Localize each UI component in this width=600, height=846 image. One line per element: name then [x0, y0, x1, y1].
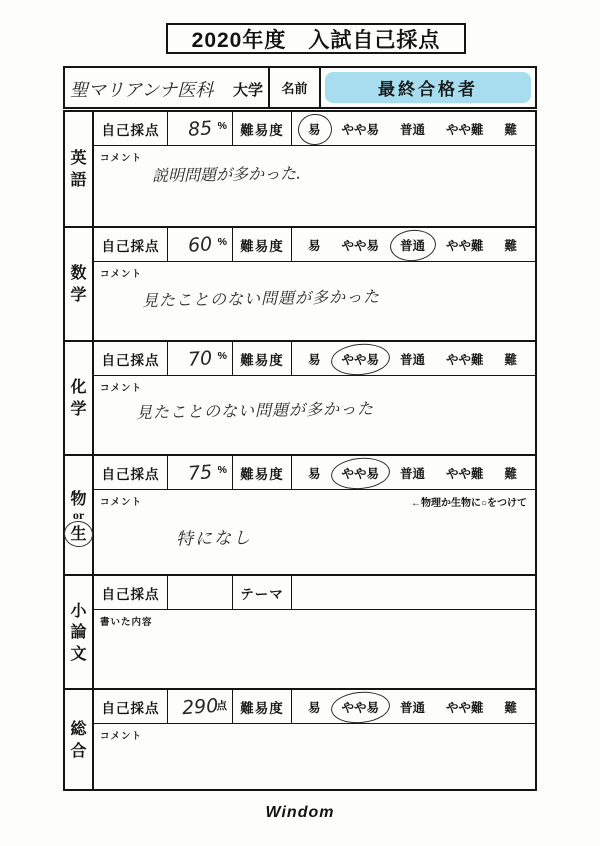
row-english: 英語 自己採点 85 % 難易度 易 やや易 普通 やや難 難 コメント [65, 112, 535, 228]
difficulty-option: 易 [306, 119, 323, 139]
comment-label: コメント [100, 494, 142, 508]
comment-area-chemistry: コメント 見たことのない問題が多かった [94, 376, 535, 454]
comment-text-science: 特になし [176, 523, 252, 549]
university-field: 聖マリアンナ医科 大学 [65, 68, 270, 107]
result-badge: 最終合格者 [325, 72, 531, 103]
score-value-math: 60 [187, 233, 213, 257]
row-total: 総合 自己採点 290 点 難易度 易 やや易 普通 やや難 難 コメント [65, 690, 535, 789]
row-math: 数学 自己採点 60 % 難易度 易 やや易 普通 やや難 難 コメント [65, 228, 535, 342]
difficulty-option: 易 [306, 697, 323, 717]
self-score-label: 自己採点 [94, 690, 168, 723]
subject-label-chemistry: 化学 [65, 342, 94, 454]
score-cell-total: 290 点 [168, 690, 233, 723]
comment-area-science: コメント ←物理か生物に○をつけて 特になし [94, 490, 535, 574]
difficulty-option: やや難 [444, 463, 486, 483]
difficulty-options-chemistry: 易 やや易 普通 やや難 難 [292, 342, 535, 375]
subject-label-science: 物 or 生 [65, 456, 94, 574]
difficulty-option: やや難 [444, 697, 486, 717]
subject-label-total: 総合 [65, 690, 94, 789]
difficulty-options-english: 易 やや易 普通 やや難 難 [292, 112, 535, 145]
score-cell-science: 75 % [168, 456, 233, 489]
difficulty-option: 普通 [398, 119, 427, 139]
score-unit: % [218, 120, 227, 132]
difficulty-option: やや難 [444, 235, 486, 255]
difficulty-label: 難易度 [233, 690, 292, 723]
score-value-english: 85 [187, 117, 213, 141]
written-content-label: 書いた内容 [100, 614, 153, 628]
score-unit: 点 [217, 698, 228, 713]
difficulty-option: やや易 [339, 463, 381, 483]
self-score-label: 自己採点 [94, 228, 168, 261]
difficulty-option: 難 [502, 463, 519, 483]
subject-label-essay: 小論文 [65, 576, 94, 688]
score-cell-essay [168, 576, 233, 609]
university-suffix-label: 大学 [233, 79, 263, 100]
comment-text-chemistry: 見たことのない問題が多かった [136, 396, 374, 423]
comment-label: コメント [100, 266, 142, 280]
difficulty-label: 難易度 [233, 456, 292, 489]
comment-area-total: コメント [94, 724, 535, 789]
difficulty-option: やや易 [339, 349, 381, 369]
score-unit: % [218, 464, 227, 476]
difficulty-label: 難易度 [233, 112, 292, 145]
bio-choice-note: ←物理か生物に○をつけて [411, 494, 527, 509]
score-cell-chemistry: 70 % [168, 342, 233, 375]
theme-label: テーマ [233, 576, 292, 609]
difficulty-option: 普通 [398, 463, 427, 483]
self-score-label: 自己採点 [94, 112, 168, 145]
subject-label-math: 数学 [65, 228, 94, 340]
score-value-chemistry: 70 [187, 347, 213, 371]
difficulty-option: やや難 [444, 349, 486, 369]
comment-text-math: 見たことのない問題が多かった [142, 284, 380, 311]
subject-label-english: 英語 [65, 112, 94, 226]
difficulty-option: 難 [502, 697, 519, 717]
row-chemistry: 化学 自己採点 70 % 難易度 易 やや易 普通 やや難 難 コメント [65, 342, 535, 456]
difficulty-label: 難易度 [233, 228, 292, 261]
comment-area-math: コメント 見たことのない問題が多かった [94, 262, 535, 340]
score-cell-math: 60 % [168, 228, 233, 261]
difficulty-option: 普通 [398, 697, 427, 717]
university-name-handwritten: 聖マリアンナ医科 [70, 76, 213, 102]
self-score-label: 自己採点 [94, 576, 168, 609]
difficulty-option: 難 [502, 349, 519, 369]
difficulty-option: 難 [502, 235, 519, 255]
self-score-label: 自己採点 [94, 342, 168, 375]
score-value-science: 75 [187, 461, 213, 485]
comment-area-english: コメント 説明問題が多かった. [94, 146, 535, 226]
row-essay: 小論文 自己採点 テーマ 書いた内容 [65, 576, 535, 690]
comment-text-english: 説明問題が多かった. [152, 161, 301, 187]
score-unit: % [218, 236, 227, 248]
header-strip: 聖マリアンナ医科 大学 名前 最終合格者 [63, 66, 537, 109]
difficulty-options-total: 易 やや易 普通 やや難 難 [292, 690, 535, 723]
difficulty-option: 易 [306, 463, 323, 483]
difficulty-option: 易 [306, 235, 323, 255]
self-score-label: 自己採点 [94, 456, 168, 489]
score-table: 英語 自己採点 85 % 難易度 易 やや易 普通 やや難 難 コメント [63, 110, 537, 791]
name-label: 名前 [270, 68, 321, 107]
score-value-total: 290 [181, 694, 219, 718]
written-content-area: 書いた内容 [94, 610, 535, 688]
score-cell-english: 85 % [168, 112, 233, 145]
page-title: 2020年度 入試自己採点 [166, 23, 466, 54]
score-unit: % [218, 350, 227, 362]
difficulty-option: やや易 [339, 235, 381, 255]
difficulty-option: 難 [502, 119, 519, 139]
comment-label: コメント [100, 728, 142, 742]
comment-label: コメント [100, 150, 142, 164]
difficulty-option: 普通 [398, 349, 427, 369]
difficulty-option: やや易 [339, 119, 381, 139]
difficulty-options-science: 易 やや易 普通 やや難 難 [292, 456, 535, 489]
difficulty-option: やや易 [339, 697, 381, 717]
difficulty-option: 易 [306, 349, 323, 369]
footer-logo: Windom [0, 804, 600, 822]
difficulty-option: 普通 [398, 235, 427, 255]
difficulty-options-math: 易 やや易 普通 やや難 難 [292, 228, 535, 261]
difficulty-option: やや難 [444, 119, 486, 139]
theme-value-cell [292, 576, 535, 609]
row-science: 物 or 生 自己採点 75 % 難易度 易 やや易 普通 やや難 難 [65, 456, 535, 576]
comment-label: コメント [100, 380, 142, 394]
name-value-cell: 最終合格者 [321, 68, 535, 107]
circled-biology-char: 生 [70, 524, 86, 545]
difficulty-label: 難易度 [233, 342, 292, 375]
